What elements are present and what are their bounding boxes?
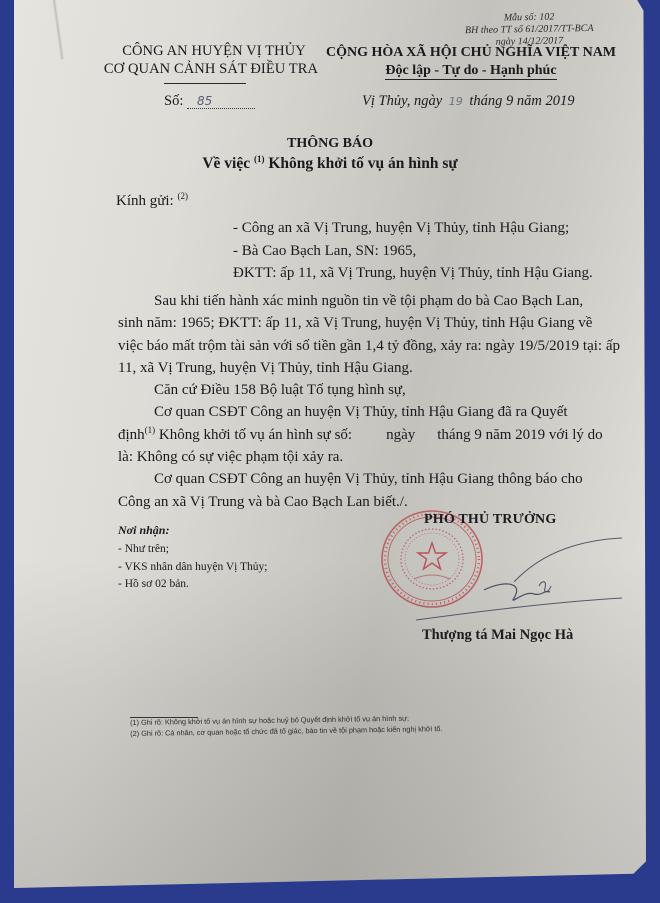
body-line: Cơ quan CSĐT Công an huyện Vị Thủy, tỉnh… [118, 468, 598, 490]
decision-month-year: tháng 9 năm 2019 với lý do [437, 427, 602, 443]
body-paragraph-4: Cơ quan CSĐT Công an huyện Vị Thủy, tỉnh… [118, 468, 598, 513]
signer-name: Thượng tá Mai Ngọc Hà [422, 627, 573, 644]
body-line: Công an xã Vị Trung và bà Cao Bạch Lan b… [118, 491, 598, 513]
signature-icon [394, 520, 624, 630]
body-paragraph-3: Cơ quan CSĐT Công an huyện Vị Thủy, tỉnh… [118, 401, 598, 468]
agency-name: CƠ QUAN CẢNH SÁT ĐIỀU TRA [88, 60, 334, 78]
notice-document: Mẫu số: 102 BH theo TT số 61/2017/TT-BCA… [14, 0, 646, 888]
decision-day-label: ngày [386, 427, 415, 443]
decision-word: định [118, 427, 145, 443]
date-suffix: tháng 9 năm 2019 [469, 93, 574, 109]
body-line: định(1) Không khởi tố vụ án hình sự số:n… [118, 424, 598, 446]
agency-underline [164, 83, 246, 84]
body-line: việc báo mất trộm tài sản với số tiền gầ… [118, 335, 598, 357]
document-page: Mẫu số: 102 BH theo TT số 61/2017/TT-BCA… [14, 0, 646, 888]
notice-body: Sau khi tiến hành xác minh nguồn tin về … [118, 290, 598, 513]
document-number-value: 85 [187, 94, 255, 109]
receiver-item: - Như trên; [118, 541, 268, 559]
date-day-handwritten: 19 [446, 95, 466, 108]
subject-footnote-ref: (1) [254, 154, 265, 164]
addressee-item: - Công an xã Vị Trung, huyện Vị Thủy, tỉ… [233, 217, 593, 240]
national-header: CỘNG HÒA XÃ HỘI CHỦ NGHĨA VIỆT NAM Độc l… [326, 44, 616, 80]
issuing-agency: CÔNG AN HUYỆN VỊ THỦY CƠ QUAN CẢNH SÁT Đ… [94, 42, 334, 78]
date-prefix: Vị Thủy, ngày [362, 93, 442, 109]
body-paragraph-2: Căn cứ Điều 158 Bộ luật Tố tụng hình sự, [118, 379, 598, 401]
paper-crease [52, 0, 64, 60]
document-subject: Về việc (1) Không khởi tố vụ án hình sự [14, 155, 646, 173]
receivers-list: - Như trên; - VKS nhân dân huyện Vị Thủy… [118, 541, 268, 594]
decision-footnote-ref: (1) [145, 425, 156, 435]
decision-number-label: Không khởi tố vụ án hình sự số: [159, 427, 352, 443]
salutation-footnote-ref: (2) [177, 191, 188, 201]
document-number-label: Số: [164, 93, 183, 109]
body-line: là: Không có sự việc phạm tội xảy ra. [118, 446, 598, 468]
document-title: THÔNG BÁO [14, 136, 646, 152]
nation-name: CỘNG HÒA XÃ HỘI CHỦ NGHĨA VIỆT NAM [326, 44, 616, 62]
national-motto: Độc lập - Tự do - Hạnh phúc [385, 63, 556, 80]
date-place-line: Vị Thủy, ngày 19 tháng 9 năm 2019 [362, 93, 575, 110]
document-number: Số: 85 [164, 93, 255, 110]
salutation: Kính gửi: (2) [116, 193, 188, 210]
body-paragraph-1: Sau khi tiến hành xác minh nguồn tin về … [118, 290, 598, 379]
addressee-item: ĐKTT: ấp 11, xã Vị Trung, huyện Vị Thủy,… [233, 262, 593, 285]
receiver-item: - VKS nhân dân huyện Vị Thủy; [118, 559, 268, 577]
body-line: sinh năm: 1965; ĐKTT: ấp 11, xã Vị Trung… [118, 312, 598, 334]
addressee-list: - Công an xã Vị Trung, huyện Vị Thủy, tỉ… [233, 217, 593, 285]
addressee-item: - Bà Cao Bạch Lan, SN: 1965, [233, 240, 593, 263]
footnotes: (1) Ghi rõ: Không khởi tố vụ án hình sự … [130, 712, 442, 739]
body-line: 11, xã Vị Trung, huyện Vị Thủy, tỉnh Hậu… [118, 357, 598, 379]
body-line: Căn cứ Điều 158 Bộ luật Tố tụng hình sự, [118, 379, 598, 401]
subject-prefix: Về việc [202, 155, 250, 172]
body-line: Cơ quan CSĐT Công an huyện Vị Thủy, tỉnh… [118, 401, 598, 423]
receivers-label: Nơi nhận: [118, 523, 169, 538]
agency-parent: CÔNG AN HUYỆN VỊ THỦY [94, 42, 334, 60]
subject-text: Không khởi tố vụ án hình sự [268, 155, 457, 172]
salutation-label: Kính gửi: [116, 193, 174, 209]
body-line: Sau khi tiến hành xác minh nguồn tin về … [118, 290, 598, 312]
receiver-item: - Hồ sơ 02 bản. [118, 576, 268, 594]
